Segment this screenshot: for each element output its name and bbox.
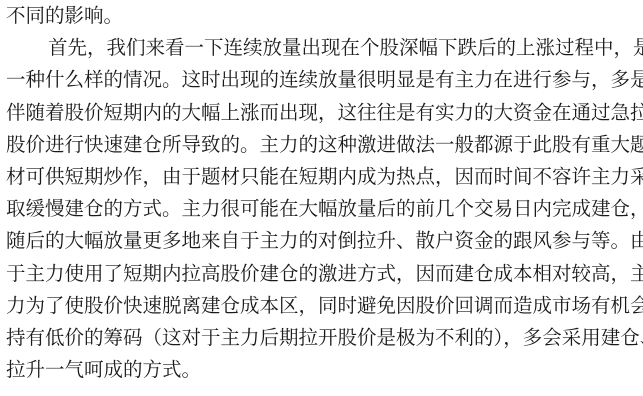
text-line-10: 力为了使股价快速脱离建仓成本区，同时避免因股价回调而造成市场有机会 — [6, 290, 638, 322]
text-line-4: 伴随着股价短期内的大幅上涨而出现，这往往是有实力的大资金在通过急拉 — [6, 97, 638, 129]
text-line-6: 材可供短期炒作，由于题材只能在短期内成为热点，因而时间不容许主力采 — [6, 161, 638, 193]
text-line-7: 取缓慢建仓的方式。主力很可能在大幅放量后的前几个交易日内完成建仓， — [6, 193, 638, 225]
text-line-2: 首先，我们来看一下连续放量出现在个股深幅下跌后的上涨过程中，是 — [6, 32, 638, 64]
text-line-3: 一种什么样的情况。这时出现的连续放量很明显是有主力在进行参与，多是 — [6, 64, 638, 96]
text-line-9: 于主力使用了短期内拉高股价建仓的激进方式，因而建仓成本相对较高，主 — [6, 258, 638, 290]
text-line-1: 不同的影响。 — [6, 0, 638, 32]
text-line-12: 拉升一气呵成的方式。 — [6, 354, 638, 386]
text-line-11: 持有低价的筹码（这对于主力后期拉开股价是极为不利的），多会采用建仓、 — [6, 322, 638, 354]
text-line-8: 随后的大幅放量更多地来自于主力的对倒拉升、散户资金的跟风参与等。由 — [6, 225, 638, 257]
text-line-5: 股价进行快速建仓所导致的。主力的这种激进做法一般都源于此股有重大题 — [6, 129, 638, 161]
document-page: 不同的影响。 首先，我们来看一下连续放量出现在个股深幅下跌后的上涨过程中，是 一… — [6, 0, 638, 386]
